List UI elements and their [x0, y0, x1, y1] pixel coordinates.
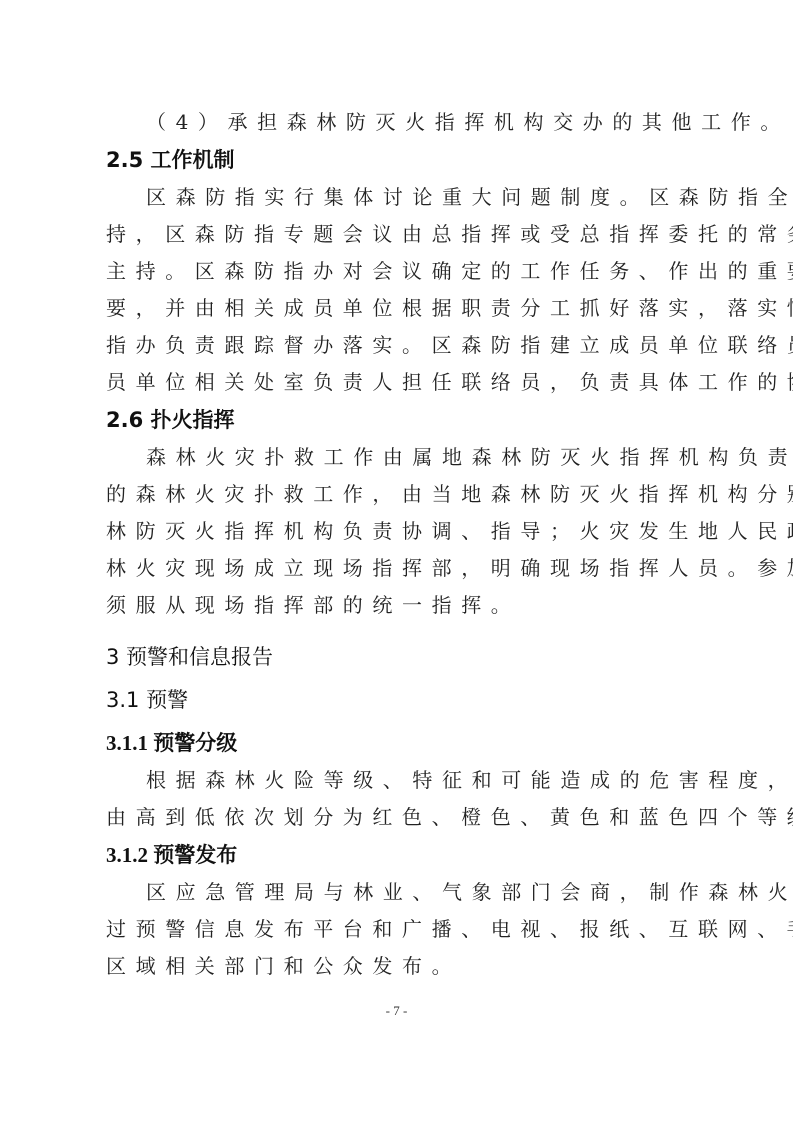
page-number: - 7 - — [0, 1003, 793, 1019]
paragraph-line: 要，并由相关成员单位根据职责分工抓好落实，落实情况及时报告，区森防 — [106, 294, 708, 322]
paragraph-line: 须服从现场指挥部的统一指挥。 — [106, 591, 708, 619]
paragraph-line: 指办负责跟踪督办落实。区森防指建立成员单位联络员工作机制，指挥部成 — [106, 331, 708, 359]
paragraph-line: 过预警信息发布平台和广播、电视、报纸、互联网、手机短信等渠道向涉险 — [106, 915, 708, 943]
paragraph-line: 区应急管理局与林业、气象部门会商，制作森林火险预警信息，并通 — [146, 878, 748, 906]
section-heading-2-5: 2.5 工作机制 — [106, 145, 235, 175]
paragraph-line: 持，区森防指专题会议由总指挥或受总指挥委托的常务副总指挥、副总指挥 — [106, 220, 708, 248]
section-heading-3-1-1: 3.1.1 预警分级 — [106, 728, 237, 758]
section-heading-3: 3 预警和信息报告 — [106, 642, 273, 672]
document-page: （4）承担森林防灭火指挥机构交办的其他工作。 2.5 工作机制 区森防指实行集体… — [0, 0, 793, 1122]
paragraph-line: 区域相关部门和公众发布。 — [106, 952, 708, 980]
paragraph-line: 根据森林火险等级、特征和可能造成的危害程度，森林火险预警级别 — [146, 766, 748, 794]
paragraph-line: 区森防指实行集体讨论重大问题制度。区森防指全体会议由总指挥主 — [146, 183, 748, 211]
section-heading-2-6: 2.6 扑火指挥 — [106, 405, 235, 435]
paragraph-line: 主持。区森防指办对会议确定的工作任务、作出的重要决定等，形成会议纪 — [106, 257, 708, 285]
paragraph-line: 由高到低依次划分为红色、橙色、黄色和蓝色四个等级。 — [106, 803, 708, 831]
paragraph-line: 林火灾现场成立现场指挥部，明确现场指挥人员。参加扑火的单位和个人必 — [106, 554, 708, 582]
list-item-4: （4）承担森林防灭火指挥机构交办的其他工作。 — [146, 108, 748, 136]
paragraph-line: 的森林火灾扑救工作，由当地森林防灭火指挥机构分别指挥，共同的上级森 — [106, 480, 708, 508]
section-heading-3-1: 3.1 预警 — [106, 685, 188, 715]
paragraph-line: 森林火灾扑救工作由属地森林防灭火指挥机构负责指挥。跨行政区域 — [146, 443, 748, 471]
paragraph-line: 员单位相关处室负责人担任联络员，负责具体工作的协调落实。 — [106, 368, 708, 396]
paragraph-line: 林防灭火指挥机构负责协调、指导；火灾发生地人民政府可根据需要，在森 — [106, 517, 708, 545]
section-heading-3-1-2: 3.1.2 预警发布 — [106, 840, 237, 870]
